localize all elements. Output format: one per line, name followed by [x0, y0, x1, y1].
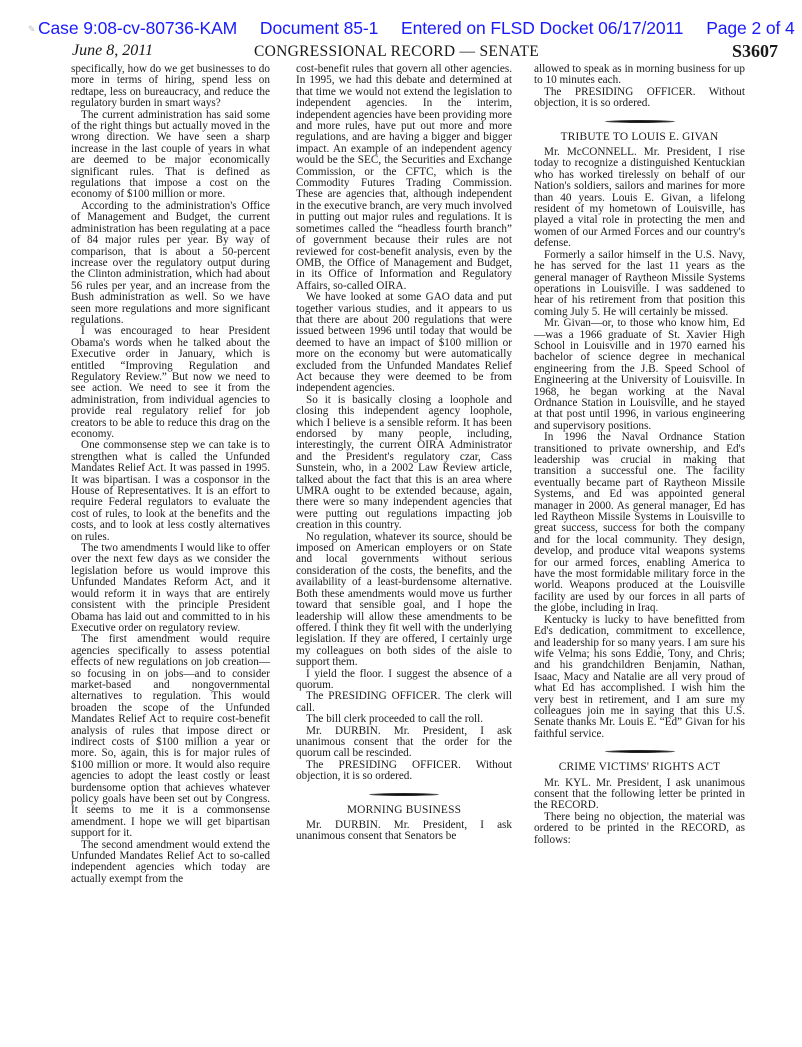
paragraph: Kentucky is lucky to have benefitted fro… — [534, 615, 745, 740]
page-header: June 8, 2011 CONGRESSIONAL RECORD — SENA… — [72, 42, 778, 64]
header-title: CONGRESSIONAL RECORD — SENATE — [254, 43, 539, 61]
paragraph: According to the administration's Office… — [71, 201, 270, 326]
section-divider — [605, 750, 675, 753]
stamp-page: Page 2 of 4 — [706, 18, 794, 38]
paragraph: There being no objection, the material w… — [534, 812, 745, 846]
paragraph: In 1996 the Naval Ordnance Station trans… — [534, 432, 745, 615]
column-1: specifically, how do we get businesses t… — [71, 64, 270, 885]
paragraph: I yield the floor. I suggest the absence… — [296, 669, 512, 692]
stamp-document: Document 85-1 — [260, 18, 378, 38]
paragraph: Mr. Givan—or, to those who know him, Ed—… — [534, 318, 745, 432]
docket-stamp: Case 9:08-cv-80736-KAM Document 85-1 Ent… — [38, 18, 795, 39]
paragraph: We have looked at some GAO data and put … — [296, 292, 512, 395]
stamp-entered: Entered on FLSD Docket 06/17/2011 — [401, 18, 683, 38]
paragraph: The second amendment would extend the Un… — [71, 840, 270, 886]
section-title-crime-victims: CRIME VICTIMS' RIGHTS ACT — [534, 762, 745, 773]
paragraph: Formerly a sailor himself in the U.S. Na… — [534, 250, 745, 318]
paragraph: The PRESIDING OFFICER. Without objection… — [296, 760, 512, 783]
paragraph: The two amendments I would like to offer… — [71, 543, 270, 634]
paragraph: Mr. KYL. Mr. President, I ask unanimous … — [534, 778, 745, 812]
section-title-morning-business: MORNING BUSINESS — [296, 805, 512, 816]
section-title-tribute: TRIBUTE TO LOUIS E. GIVAN — [534, 132, 745, 143]
paragraph: The bill clerk proceeded to call the rol… — [296, 714, 512, 725]
column-3: allowed to speak as in morning business … — [534, 64, 745, 846]
paragraph: One commonsense step we can take is to s… — [71, 440, 270, 543]
paragraph: allowed to speak as in morning business … — [534, 64, 745, 87]
paragraph: No regulation, whatever its source, shou… — [296, 532, 512, 669]
paragraph: I was encouraged to hear President Obama… — [71, 326, 270, 440]
paragraph: So it is basically closing a loophole an… — [296, 395, 512, 532]
paragraph: Mr. McCONNELL. Mr. President, I rise tod… — [534, 147, 745, 250]
paragraph: The PRESIDING OFFICER. The clerk will ca… — [296, 691, 512, 714]
paragraph: specifically, how do we get businesses t… — [71, 64, 270, 110]
paragraph: The current administration has said some… — [71, 110, 270, 201]
column-2: cost-benefit rules that govern all other… — [296, 64, 512, 843]
paragraph: The PRESIDING OFFICER. Without objection… — [534, 87, 745, 110]
paragraph: The first amendment would require agenci… — [71, 634, 270, 839]
header-date: June 8, 2011 — [72, 42, 153, 60]
section-divider — [369, 793, 439, 796]
stamp-case: Case 9:08-cv-80736-KAM — [38, 18, 237, 38]
paragraph: Mr. DURBIN. Mr. President, I ask unanimo… — [296, 726, 512, 760]
header-page-number: S3607 — [732, 41, 778, 62]
paragraph: Mr. DURBIN. Mr. President, I ask unanimo… — [296, 820, 512, 843]
paragraph: cost-benefit rules that govern all other… — [296, 64, 512, 292]
section-divider — [605, 120, 675, 123]
